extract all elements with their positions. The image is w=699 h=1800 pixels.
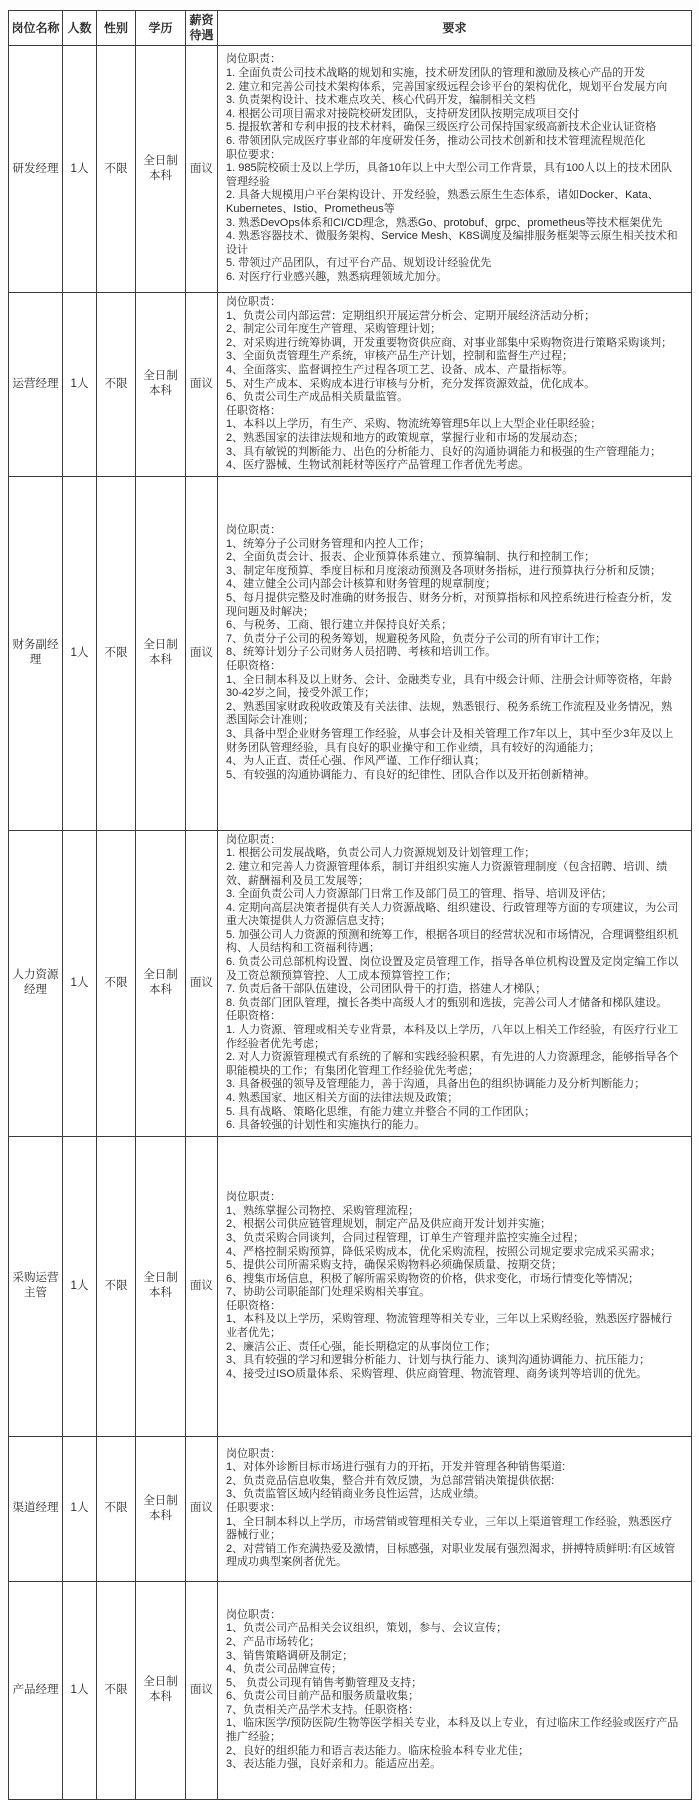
job-requirements: 岗位职责： 1、统筹分子公司财务管理和内控人工作； 2、全面负责会计、报表、企业… — [218, 476, 692, 830]
headcount: 1人 — [63, 1136, 97, 1436]
education-requirement: 全日制 本科 — [136, 293, 186, 477]
gender-requirement: 不限 — [97, 1436, 136, 1581]
position-name: 运营经理 — [9, 293, 63, 477]
gender-requirement: 不限 — [97, 293, 136, 477]
header-requirements: 要求 — [218, 11, 692, 46]
job-requirements: 岗位职责： 1. 全面负责公司技术战略的规划和实施，技术研发团队的管理和激励及核… — [218, 46, 692, 293]
header-count: 人数 — [63, 11, 97, 46]
position-name: 采购运营主管 — [9, 1136, 63, 1436]
job-requirements: 岗位职责： 1. 根据公司发展战略，负责公司人力资源规划及计划管理工作； 2. … — [218, 830, 692, 1136]
education-requirement: 全日制 本科 — [136, 1136, 186, 1436]
header-gender: 性别 — [97, 11, 136, 46]
job-requirements: 岗位职责： 1、负责公司内部运营：定期组织开展运营分析会、定期开展经济活动分析；… — [218, 293, 692, 477]
education-requirement: 全日制 本科 — [136, 46, 186, 293]
table-row: 研发经理 1人 不限 全日制 本科 面议 岗位职责： 1. 全面负责公司技术战略… — [9, 46, 692, 293]
header-education: 学历 — [136, 11, 186, 46]
gender-requirement: 不限 — [97, 476, 136, 830]
education-requirement: 全日制 本科 — [136, 1581, 186, 1799]
headcount: 1人 — [63, 476, 97, 830]
job-postings-page: 岗位名称 人数 性别 学历 薪资 待遇 要求 研发经理 1人 不限 全日制 本科… — [0, 0, 699, 1799]
gender-requirement: 不限 — [97, 1136, 136, 1436]
job-requirements: 岗位职责： 1、对体外诊断目标市场进行强有力的开拓，开发并管理各种销售渠道: 2… — [218, 1436, 692, 1581]
headcount: 1人 — [63, 46, 97, 293]
job-requirements: 岗位职责： 1、熟练掌握公司物控、采购管理流程； 2、根据公司供应链管理规划，制… — [218, 1136, 692, 1436]
job-requirements: 岗位职责： 1、负责公司产品相关会议组织，策划，参与、会议宣传； 2、产品市场转… — [218, 1581, 692, 1799]
table-header-row: 岗位名称 人数 性别 学历 薪资 待遇 要求 — [9, 11, 692, 46]
education-requirement: 全日制 本科 — [136, 476, 186, 830]
education-requirement: 全日制 本科 — [136, 830, 186, 1136]
salary: 面议 — [186, 293, 218, 477]
table-row: 采购运营主管 1人 不限 全日制 本科 面议 岗位职责： 1、熟练掌握公司物控、… — [9, 1136, 692, 1436]
gender-requirement: 不限 — [97, 1581, 136, 1799]
salary: 面议 — [186, 830, 218, 1136]
table-row: 财务副经理 1人 不限 全日制 本科 面议 岗位职责： 1、统筹分子公司财务管理… — [9, 476, 692, 830]
header-salary: 薪资 待遇 — [186, 11, 218, 46]
table-row: 运营经理 1人 不限 全日制 本科 面议 岗位职责： 1、负责公司内部运营：定期… — [9, 293, 692, 477]
headcount: 1人 — [63, 293, 97, 477]
job-postings-table: 岗位名称 人数 性别 学历 薪资 待遇 要求 研发经理 1人 不限 全日制 本科… — [8, 10, 692, 1800]
headcount: 1人 — [63, 1581, 97, 1799]
table-row: 渠道经理 1人 不限 全日制 本科 面议 岗位职责： 1、对体外诊断目标市场进行… — [9, 1436, 692, 1581]
education-requirement: 全日制 本科 — [136, 1436, 186, 1581]
salary: 面议 — [186, 476, 218, 830]
headcount: 1人 — [63, 830, 97, 1136]
salary: 面议 — [186, 46, 218, 293]
position-name: 研发经理 — [9, 46, 63, 293]
position-name: 人力资源经理 — [9, 830, 63, 1136]
table-row: 人力资源经理 1人 不限 全日制 本科 面议 岗位职责： 1. 根据公司发展战略… — [9, 830, 692, 1136]
headcount: 1人 — [63, 1436, 97, 1581]
salary: 面议 — [186, 1136, 218, 1436]
salary: 面议 — [186, 1581, 218, 1799]
salary: 面议 — [186, 1436, 218, 1581]
header-position: 岗位名称 — [9, 11, 63, 46]
table-row: 产品经理 1人 不限 全日制 本科 面议 岗位职责： 1、负责公司产品相关会议组… — [9, 1581, 692, 1799]
gender-requirement: 不限 — [97, 46, 136, 293]
position-name: 渠道经理 — [9, 1436, 63, 1581]
position-name: 财务副经理 — [9, 476, 63, 830]
gender-requirement: 不限 — [97, 830, 136, 1136]
position-name: 产品经理 — [9, 1581, 63, 1799]
